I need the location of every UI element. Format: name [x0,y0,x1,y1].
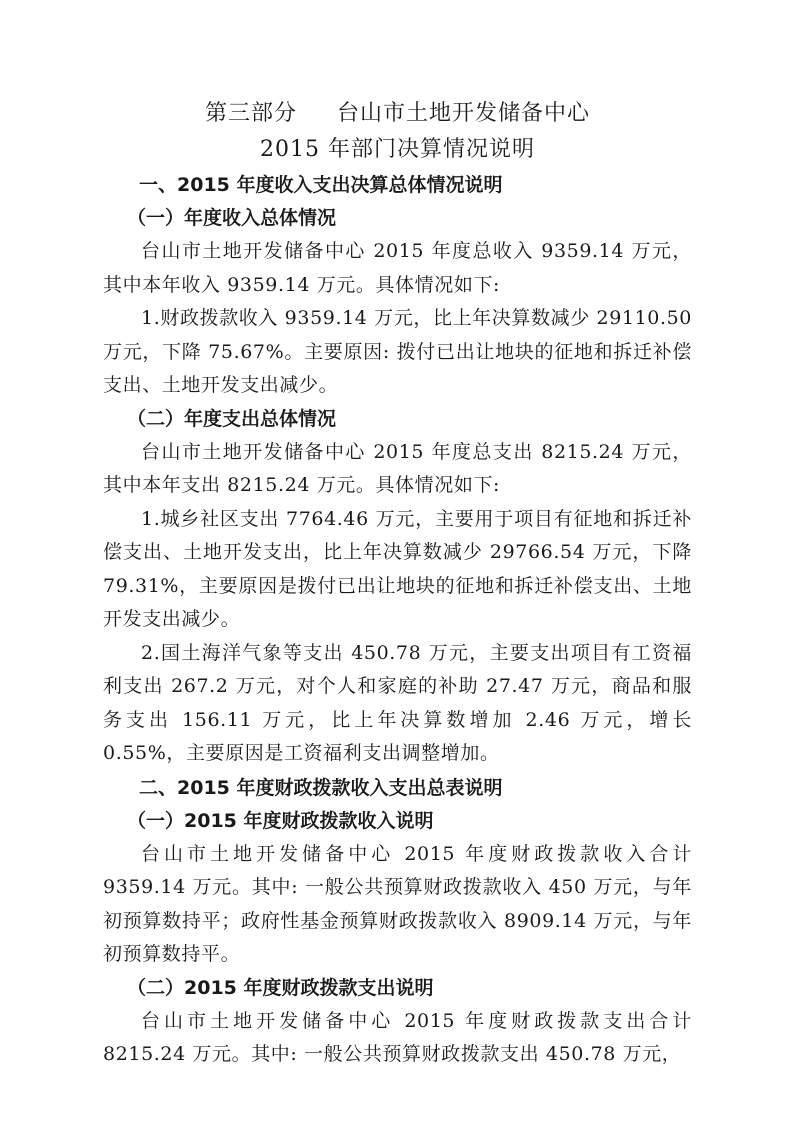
paragraph: 1.城乡社区支出 7764.46 万元，主要用于项目有征地和拆迁补偿支出、土地开… [103,503,692,637]
subsection-heading-2-1: （一）2015 年度财政拨款收入说明 [103,805,692,838]
organization-name: 台山市土地开发储备中心 [337,101,590,126]
paragraph: 台山市土地开发储备中心 2015 年度总收入 9359.14 万元，其中本年收入… [103,235,692,302]
document-title-line1: 第三部分台山市土地开发储备中心 [103,96,692,132]
document-title-line2: 2015 年部门决算情况说明 [103,132,692,168]
paragraph: 台山市土地开发储备中心 2015 年度总支出 8215.24 万元，其中本年支出… [103,436,692,503]
subsection-heading-1-1: （一）年度收入总体情况 [103,202,692,235]
subsection-heading-1-2: （二）年度支出总体情况 [103,403,692,436]
paragraph: 2.国土海洋气象等支出 450.78 万元，主要支出项目有工资福利支出 267.… [103,637,692,771]
paragraph: 台山市土地开发储备中心 2015 年度财政拨款收入合计 9359.14 万元。其… [103,838,692,972]
section-heading-2: 二、2015 年度财政拨款收入支出总表说明 [103,771,692,805]
section-heading-1: 一、2015 年度收入支出决算总体情况说明 [103,168,692,202]
document-page: 第三部分台山市土地开发储备中心 2015 年部门决算情况说明 一、2015 年度… [103,96,692,1072]
subsection-heading-2-2: （二）2015 年度财政拨款支出说明 [103,972,692,1005]
paragraph: 台山市土地开发储备中心 2015 年度财政拨款支出合计 8215.24 万元。其… [103,1005,692,1072]
paragraph: 1.财政拨款收入 9359.14 万元，比上年决算数减少 29110.50 万元… [103,302,692,403]
part-label: 第三部分 [205,101,297,126]
